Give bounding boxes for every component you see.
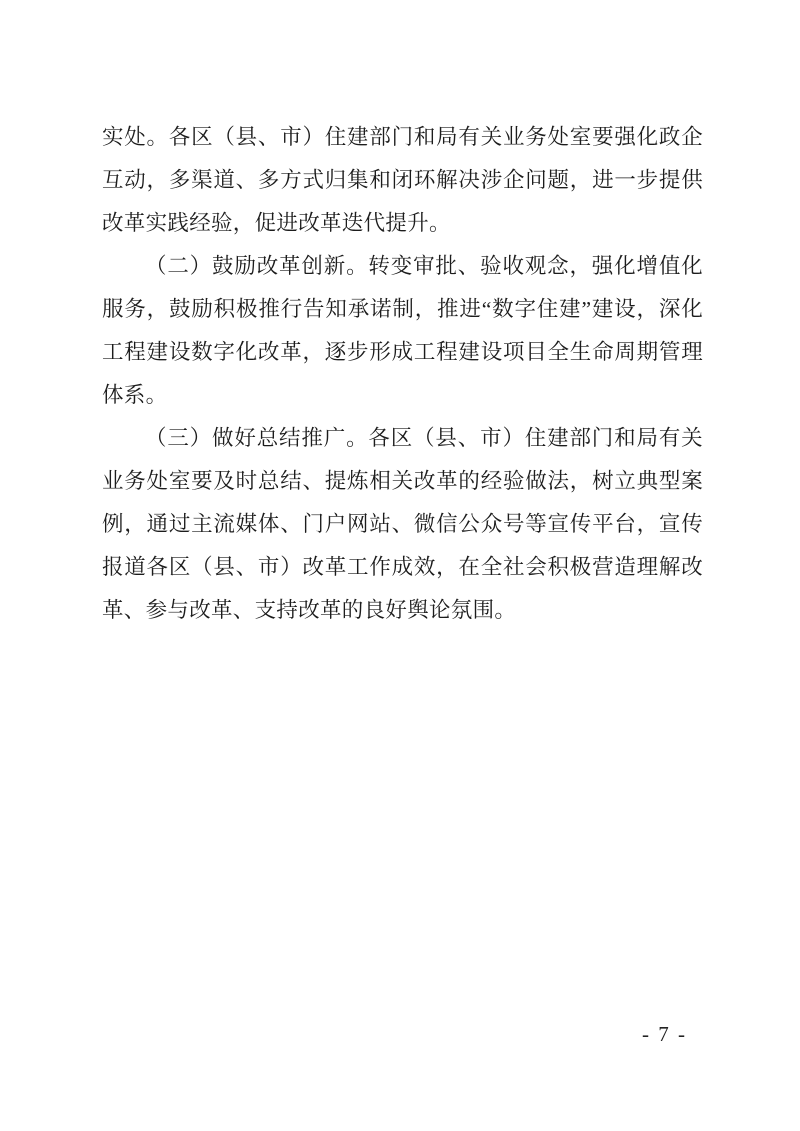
page-number: - 7 - xyxy=(642,1022,687,1047)
section-heading: （二）鼓励改革创新。 xyxy=(145,254,368,278)
section-heading: （三）做好总结推广。 xyxy=(145,426,368,450)
paragraph-text: 实处。各区（县、市）住建部门和局有关业务处室要强化政企互动，多渠道、多方式归集和… xyxy=(102,125,703,235)
document-body: 实处。各区（县、市）住建部门和局有关业务处室要强化政企互动，多渠道、多方式归集和… xyxy=(102,116,703,632)
paragraph-continuation: 实处。各区（县、市）住建部门和局有关业务处室要强化政企互动，多渠道、多方式归集和… xyxy=(102,116,703,245)
paragraph-section-2: （二）鼓励改革创新。转变审批、验收观念，强化增值化服务，鼓励积极推行告知承诺制，… xyxy=(102,245,703,417)
paragraph-section-3: （三）做好总结推广。各区（县、市）住建部门和局有关业务处室要及时总结、提炼相关改… xyxy=(102,417,703,632)
document-page: 实处。各区（县、市）住建部门和局有关业务处室要强化政企互动，多渠道、多方式归集和… xyxy=(0,0,800,1131)
paragraph-text: 各区（县、市）住建部门和局有关业务处室要及时总结、提炼相关改革的经验做法，树立典… xyxy=(102,426,703,622)
